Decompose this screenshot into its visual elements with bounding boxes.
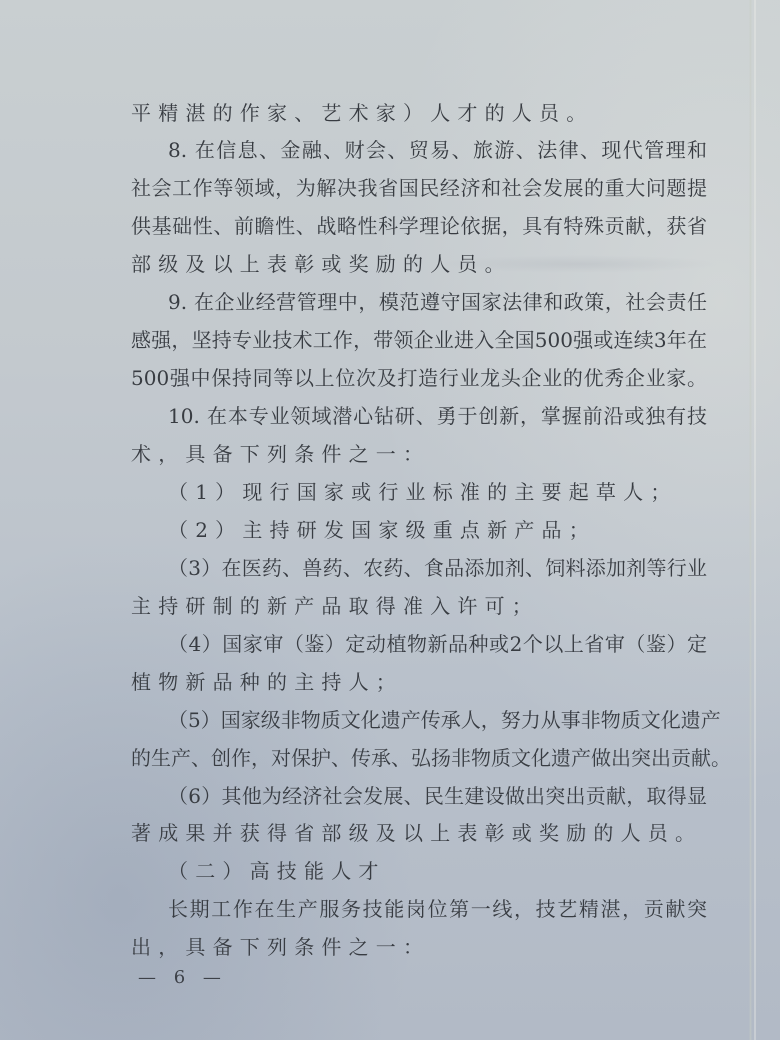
text-line-4: 供基础性、前瞻性、战略性科学理论依据，具有特殊贡献，获省 [131,213,707,239]
text-line-3: 社会工作等领域，为解决我省国民经济和社会发展的重大问题提 [131,175,707,201]
text-line-12: （2）主持研发国家级重点新产品； [168,517,596,543]
text-line-13: （3）在医药、兽药、农药、食品添加剂、饲料添加剂等行业 [168,555,707,581]
text-line-15: （4）国家审（鉴）定动植物新品种或2个以上省审（鉴）定 [168,631,707,657]
text-line-6: 9. 在企业经营管理中，模范遵守国家法律和政策，社会责任 [168,289,707,315]
text-line-14: 主持研制的新产品取得准入许可； [131,593,707,619]
text-line-23: 出，具备下列条件之一： [131,934,707,960]
text-line-22: 长期工作在生产服务技能岗位第一线，技艺精湛，贡献突 [168,896,707,922]
text-line-11: （1）现行国家或行业标准的主要起草人； [168,479,678,505]
text-line-18: 的生产、创作，对保护、传承、弘扬非物质文化遗产做出突出贡献。 [131,745,707,771]
text-line-1: 平精湛的作家、艺术家）人才的人员。 [131,100,707,126]
text-line-16: 植物新品种的主持人； [131,669,707,695]
page-number: — 6 — [138,965,227,991]
text-line-8: 500强中保持同等以上位次及打造行业龙头企业的优秀企业家。 [131,365,707,391]
document-page: 平精湛的作家、艺术家）人才的人员。 8. 在信息、金融、财会、贸易、旅游、法律、… [0,0,780,1040]
text-line-9: 10. 在本专业领域潜心钻研、勇于创新，掌握前沿或独有技 [168,403,707,429]
text-line-20: 著成果并获得省部级及以上表彰或奖励的人员。 [131,820,707,846]
text-line-19: （6）其他为经济社会发展、民生建设做出突出贡献，取得显 [168,783,707,809]
section-heading-high-skill-talent: （二）高技能人才 [168,858,386,884]
text-line-7: 感强，坚持专业技术工作，带领企业进入全国500强或连续3年在 [131,327,707,353]
text-line-10: 术，具备下列条件之一： [131,441,707,467]
text-line-2: 8. 在信息、金融、财会、贸易、旅游、法律、现代管理和 [168,137,707,163]
text-line-5: 部级及以上表彰或奖励的人员。 [131,251,707,277]
text-line-17: （5）国家级非物质文化遗产传承人，努力从事非物质文化遗产 [168,707,707,733]
